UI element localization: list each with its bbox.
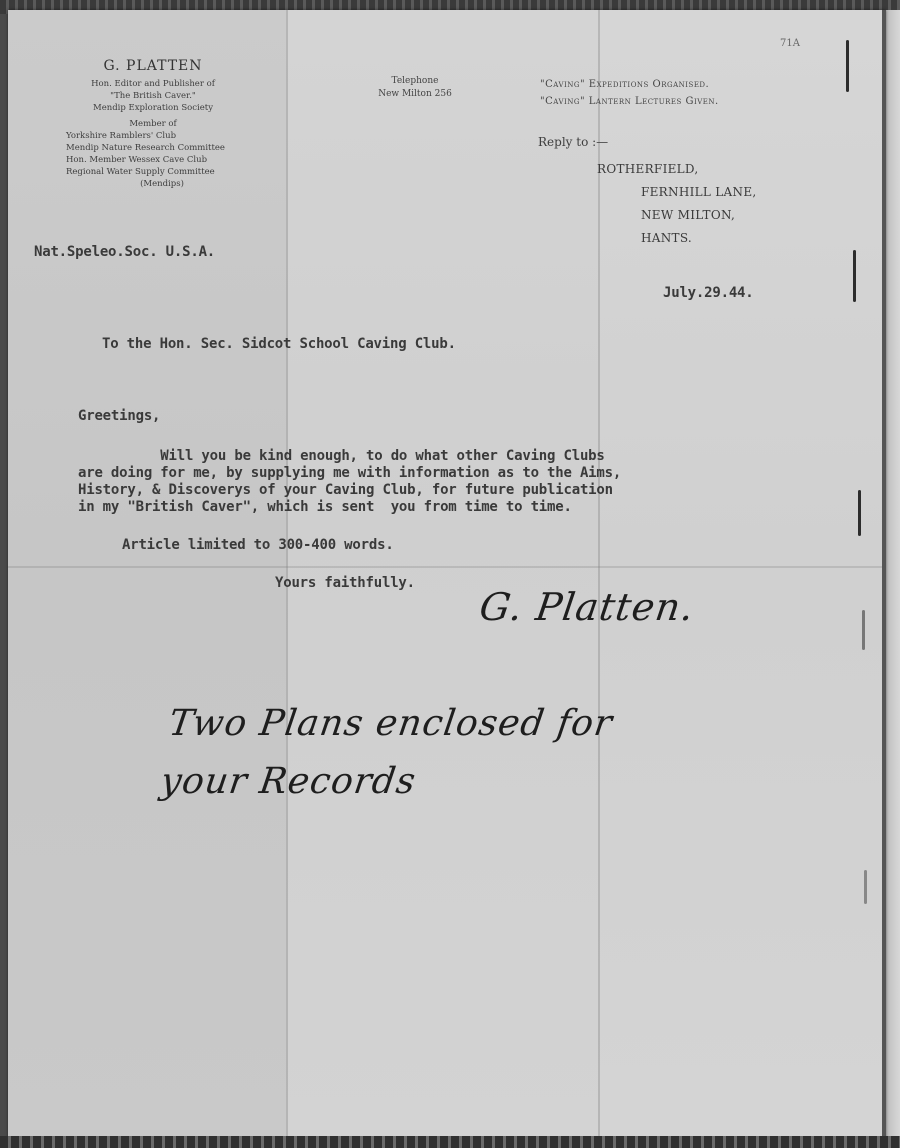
background-bottom (0, 1136, 900, 1148)
reply-to-label: Reply to :— (538, 135, 608, 149)
sender-organisation: Nat.Speleo.Soc. U.S.A. (34, 244, 215, 260)
closing: Yours faithfully. (275, 575, 415, 591)
membership-item: Hon. Member Wessex Cave Club (66, 154, 258, 166)
archive-number: 71A (780, 38, 800, 49)
binding-mark (846, 40, 849, 92)
handwritten-note: Two Plans enclosed for your Records (157, 695, 617, 811)
word-limit-note: Article limited to 300-400 words. (122, 537, 394, 553)
member-of-label: Member of (48, 118, 258, 130)
salutation: Greetings, (78, 408, 160, 424)
body-line: Will you be kind enough, to do what othe… (78, 448, 605, 464)
membership-list: Yorkshire Ramblers' Club Mendip Nature R… (66, 130, 258, 190)
sender-role: "The British Caver." (48, 90, 258, 102)
binding-mark (858, 490, 861, 536)
body-line: History, & Discoverys of your Caving Clu… (78, 482, 613, 498)
binding-mark (862, 610, 865, 650)
membership-item: Regional Water Supply Committee (66, 166, 258, 178)
sender-role: Hon. Editor and Publisher of (48, 78, 258, 90)
paper-edge (882, 10, 886, 1140)
sender-name: G. PLATTEN (48, 60, 258, 72)
body-line: are doing for me, by supplying me with i… (78, 465, 621, 481)
telephone-label: Telephone (360, 75, 470, 88)
letterhead-sender: G. PLATTEN Hon. Editor and Publisher of … (48, 60, 258, 190)
telephone-block: Telephone New Milton 256 (360, 75, 470, 101)
letter-date: July.29.44. (663, 285, 754, 301)
services-taglines: "Caving" Expeditions Organised. "Caving"… (540, 76, 719, 110)
tagline: "Caving" Lantern Lectures Given. (540, 93, 719, 110)
address-line: FERNHILL LANE, (597, 181, 757, 204)
sender-role: Mendip Exploration Society (48, 102, 258, 114)
fold-line-horizontal (8, 566, 886, 568)
address-line: ROTHERFIELD, (597, 158, 757, 181)
binding-mark (853, 250, 856, 302)
membership-item: (Mendips) (66, 178, 258, 190)
binding-mark (864, 870, 867, 904)
tagline: "Caving" Expeditions Organised. (540, 76, 719, 93)
body-line: in my "British Caver", which is sent you… (78, 499, 572, 515)
telephone-number: New Milton 256 (360, 88, 470, 101)
recipient-line: To the Hon. Sec. Sidcot School Caving Cl… (102, 336, 456, 352)
signature: G. Platten. (476, 578, 698, 636)
handwritten-line: your Records (157, 753, 608, 811)
handwritten-line: Two Plans enclosed for (165, 695, 616, 753)
membership-item: Yorkshire Ramblers' Club (66, 130, 258, 142)
membership-item: Mendip Nature Research Committee (66, 142, 258, 154)
address-line: NEW MILTON, (597, 204, 757, 227)
address-line: HANTS. (597, 227, 757, 250)
reply-address: ROTHERFIELD, FERNHILL LANE, NEW MILTON, … (597, 158, 757, 250)
